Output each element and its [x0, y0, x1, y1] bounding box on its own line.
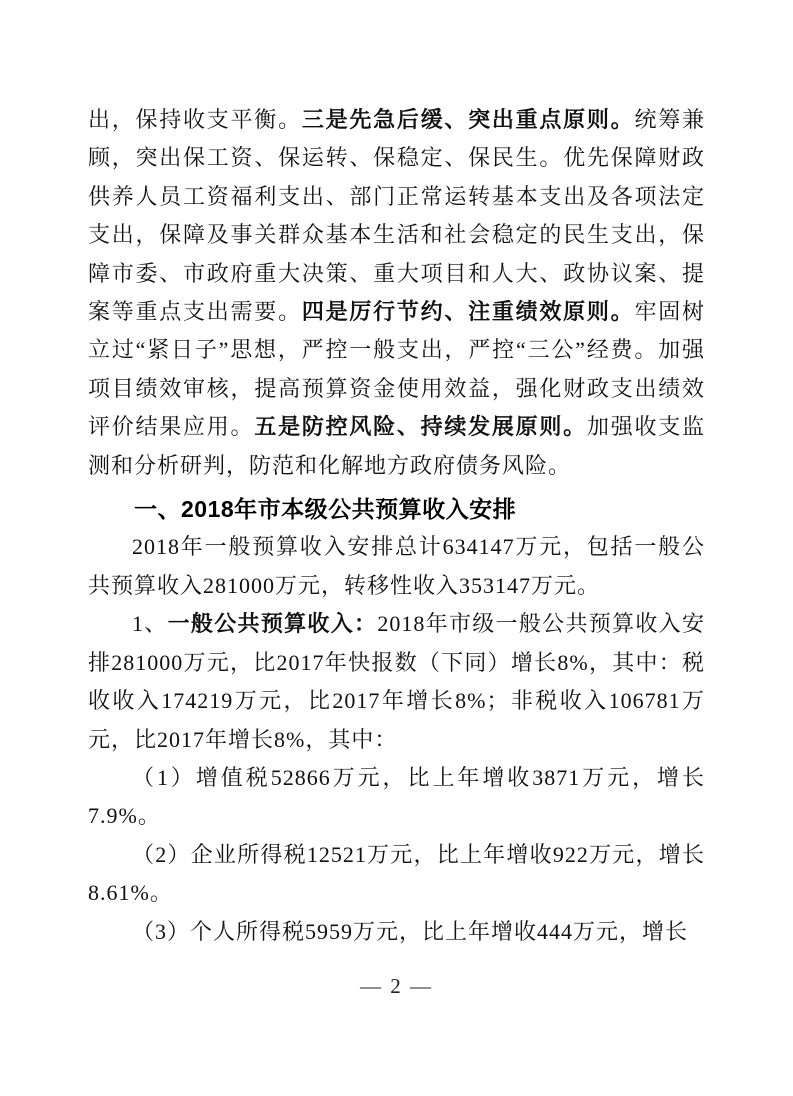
- text-run: （1）增值税52866万元，比上年增收3871万元，增长7.9%。: [88, 765, 705, 828]
- text-run-general-revenue-label: 一般公共预算收入：: [168, 611, 378, 636]
- text-run: 统筹兼顾，突出保工资、保运转、保稳定、保民生。优先保障财政供养人员工资福利支出、…: [88, 107, 705, 324]
- text-run: （3）个人所得税5959万元，比上年增收444万元，增长: [132, 919, 688, 944]
- text-run: （2）企业所得税12521万元，比上年增收922万元，增长8.61%。: [88, 842, 705, 905]
- text-run-principle-4: 四是厉行节约、注重绩效原则。: [302, 299, 635, 324]
- section-heading-revenue-plan: 一、2018年市本级公共预算收入安排: [88, 490, 705, 528]
- text-run-principle-3: 三是先急后缓、突出重点原则。: [302, 107, 635, 132]
- text-run: 1、: [132, 611, 168, 636]
- paragraph-personal-income-tax: （3）个人所得税5959万元，比上年增收444万元，增长: [88, 913, 705, 951]
- paragraph-revenue-total: 2018年一般预算收入安排总计634147万元，包括一般公共预算收入281000…: [88, 528, 705, 605]
- paragraph-general-public-revenue: 1、一般公共预算收入：2018年市级一般公共预算收入安排281000万元，比20…: [88, 605, 705, 759]
- document-page: 出，保持收支平衡。三是先急后缓、突出重点原则。统筹兼顾，突出保工资、保运转、保稳…: [0, 0, 793, 1096]
- paragraph-corporate-income-tax: （2）企业所得税12521万元，比上年增收922万元，增长8.61%。: [88, 836, 705, 913]
- paragraph-vat: （1）增值税52866万元，比上年增收3871万元，增长7.9%。: [88, 759, 705, 836]
- text-run: 2018年一般预算收入安排总计634147万元，包括一般公共预算收入281000…: [88, 534, 705, 597]
- document-body: 出，保持收支平衡。三是先急后缓、突出重点原则。统筹兼顾，突出保工资、保运转、保稳…: [88, 101, 705, 951]
- text-run: 出，保持收支平衡。: [88, 107, 302, 132]
- text-run-principle-5: 五是防控风险、持续发展原则。: [254, 414, 587, 439]
- paragraph-budget-principles: 出，保持收支平衡。三是先急后缓、突出重点原则。统筹兼顾，突出保工资、保运转、保稳…: [88, 101, 705, 485]
- page-number: — 2 —: [0, 974, 793, 999]
